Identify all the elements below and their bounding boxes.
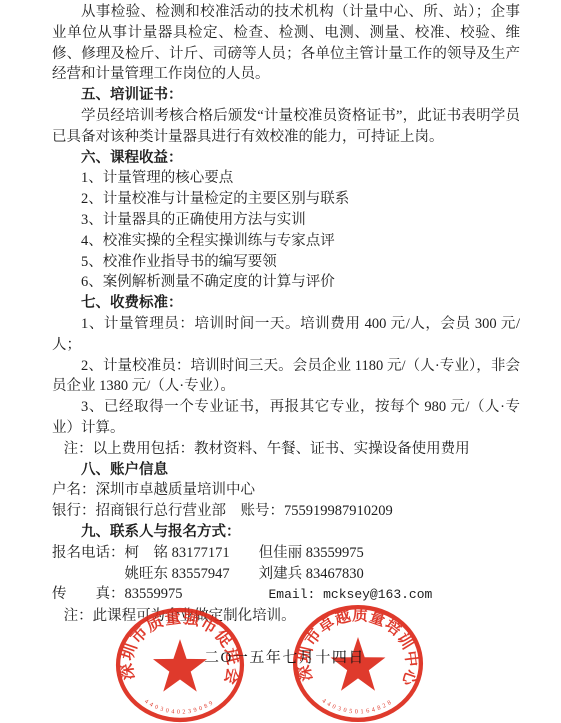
benefit-item-6: 6、案例解析测量不确定度的计算与评价 [52, 272, 520, 293]
benefit-item-3: 3、计量器具的正确使用方法与实训 [52, 210, 520, 231]
phone-row-2: 姚旺东 83557947 刘建兵 83467830 [52, 564, 520, 585]
document-date: 二O一五年七月十四日 [204, 646, 365, 667]
benefit-item-4: 4、校准实操的全程实操训练与专家点评 [52, 231, 520, 252]
fax-number: 传 真：83559975 [52, 586, 183, 602]
intro-paragraph: 从事检验、检测和校准活动的技术机构（计量中心、所、站）；企事业单位从事计量器具检… [52, 2, 520, 85]
star-icon [153, 639, 207, 692]
fee-item-2: 2、计量校准员：培训时间三天。会员企业 1180 元/（人·专业），非会员企业 … [52, 356, 520, 398]
fee-item-3: 3、已经取得一个专业证书，再报其它专业，按每个 980 元/（人·专业）计算。 [52, 397, 520, 439]
fee-item-1: 1、计量管理员：培训时间一天。培训费用 400 元/人，会员 300 元/人； [52, 314, 520, 356]
benefit-item-1: 1、计量管理的核心要点 [52, 168, 520, 189]
benefit-item-5: 5、校准作业指导书的编写要领 [52, 252, 520, 273]
section-8-heading: 八、账户信息 [52, 460, 520, 481]
section-6-heading: 六、课程收益： [52, 148, 520, 169]
phone-row-1: 报名电话：柯 铭 83177171 但佳丽 83559975 [52, 543, 520, 564]
fax-email-line: 传 真：83559975Email: mcksey@163.com [52, 584, 520, 606]
section-7-heading: 七、收费标准： [52, 293, 520, 314]
fee-note: 注：以上费用包括：教材资料、午餐、证书、实操设备使用费用 [52, 439, 520, 460]
account-name-line: 户名：深圳市卓越质量培训中心 [52, 480, 520, 501]
section-9-heading: 九、联系人与报名方式： [52, 522, 520, 543]
bank-account-line: 银行：招商银行总行营业部 账号：755919987910209 [52, 501, 520, 522]
benefit-item-2: 2、计量校准与计量检定的主要区别与联系 [52, 189, 520, 210]
section-5-heading: 五、培训证书： [52, 85, 520, 106]
email-address: Email: mcksey@163.com [269, 587, 433, 602]
document-body: 从事检验、检测和校准活动的技术机构（计量中心、所、站）；企事业单位从事计量器具检… [52, 2, 520, 627]
certificate-paragraph: 学员经培训考核合格后颁发“计量校准员资格证书”，此证书表明学员已具备对该种类计量… [52, 106, 520, 148]
